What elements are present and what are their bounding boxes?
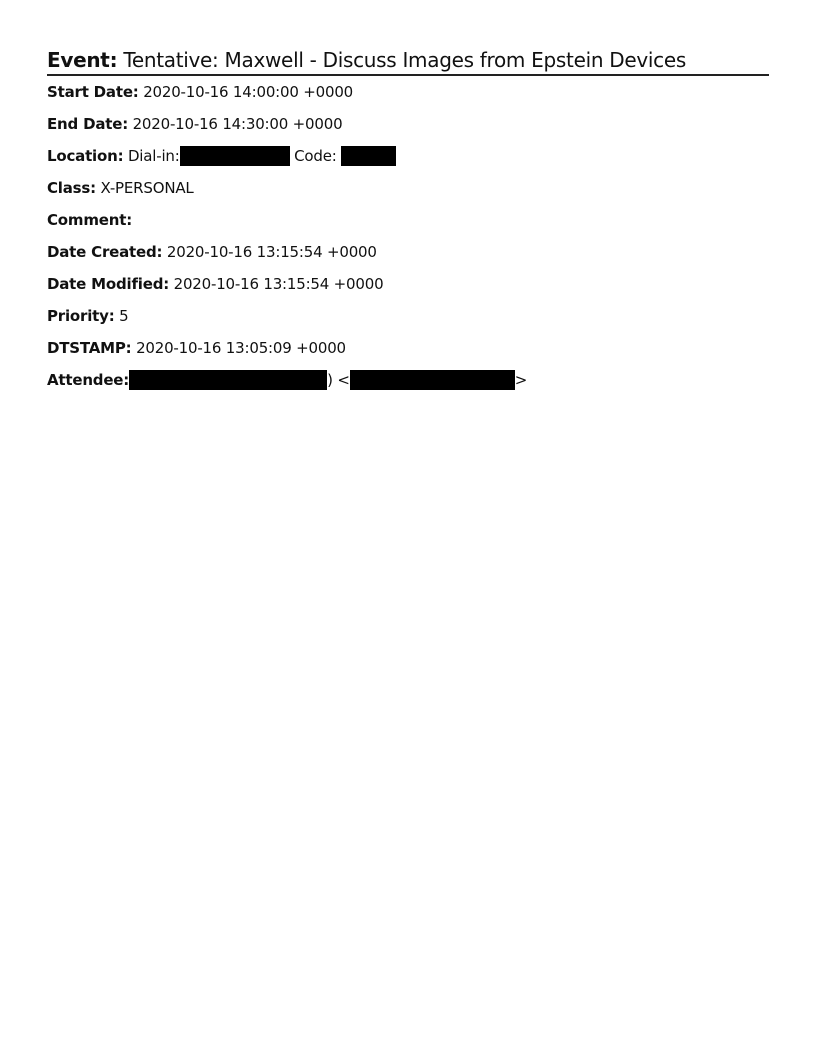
date-modified-value: 2020-10-16 13:15:54 +0000 [174, 274, 384, 294]
end-date-row: End Date: 2020-10-16 14:30:00 +0000 [47, 108, 769, 140]
start-date-value: 2020-10-16 14:00:00 +0000 [143, 82, 353, 102]
attendee-label: Attendee: [47, 370, 129, 390]
priority-row: Priority: 5 [47, 300, 769, 332]
dial-in-label: Dial-in: [128, 146, 180, 166]
dtstamp-label: DTSTAMP: [47, 338, 131, 358]
dtstamp-value: 2020-10-16 13:05:09 +0000 [136, 338, 346, 358]
start-date-row: Start Date: 2020-10-16 14:00:00 +0000 [47, 76, 769, 108]
event-document: Event: Tentative: Maxwell - Discuss Imag… [47, 46, 769, 396]
priority-value: 5 [119, 306, 128, 326]
priority-label: Priority: [47, 306, 115, 326]
class-label: Class: [47, 178, 96, 198]
event-title-text: Tentative: Maxwell - Discuss Images from… [117, 48, 686, 72]
redacted-code [341, 146, 396, 166]
location-label: Location: [47, 146, 123, 166]
redacted-attendee-name [129, 370, 327, 390]
class-row: Class: X-PERSONAL [47, 172, 769, 204]
date-modified-row: Date Modified: 2020-10-16 13:15:54 +0000 [47, 268, 769, 300]
event-label: Event: [47, 48, 117, 72]
redacted-dial-in [180, 146, 290, 166]
end-date-value: 2020-10-16 14:30:00 +0000 [133, 114, 343, 134]
dtstamp-row: DTSTAMP: 2020-10-16 13:05:09 +0000 [47, 332, 769, 364]
attendee-close-bracket: > [515, 370, 527, 390]
event-title: Event: Tentative: Maxwell - Discuss Imag… [47, 46, 769, 76]
code-label: Code: [294, 146, 336, 166]
comment-label: Comment: [47, 210, 132, 230]
date-created-value: 2020-10-16 13:15:54 +0000 [167, 242, 377, 262]
attendee-separator: ) < [327, 370, 350, 390]
redacted-attendee-email [350, 370, 515, 390]
date-created-row: Date Created: 2020-10-16 13:15:54 +0000 [47, 236, 769, 268]
class-value: X-PERSONAL [101, 178, 194, 198]
date-modified-label: Date Modified: [47, 274, 169, 294]
comment-row: Comment: [47, 204, 769, 236]
date-created-label: Date Created: [47, 242, 162, 262]
end-date-label: End Date: [47, 114, 128, 134]
location-row: Location: Dial-in: Code: [47, 140, 769, 172]
start-date-label: Start Date: [47, 82, 139, 102]
attendee-row: Attendee:) <> [47, 364, 769, 396]
